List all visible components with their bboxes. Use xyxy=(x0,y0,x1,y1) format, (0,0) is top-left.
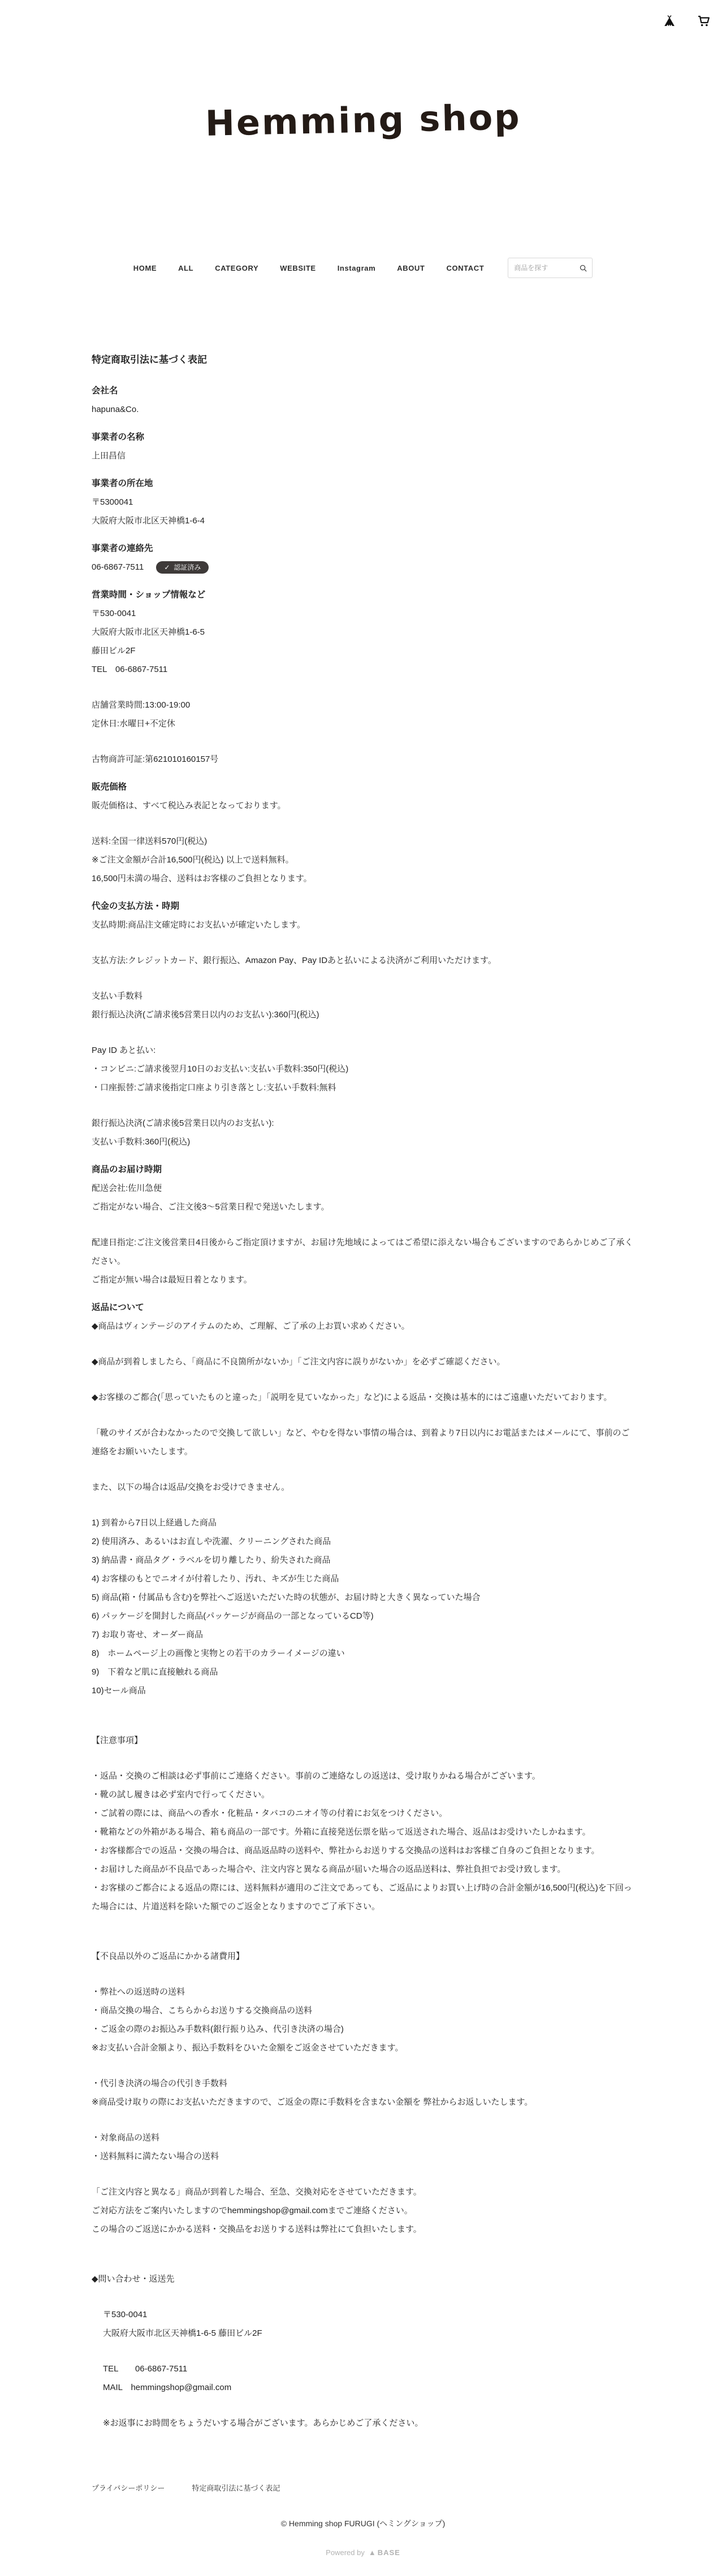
text-line: TEL 06-6867-7511 xyxy=(92,2360,634,2378)
spacer xyxy=(92,1024,634,1041)
text-line: ・弊社への返送時の送料 xyxy=(92,1983,634,2001)
text-line: 大阪府大阪市北区天神橋1-6-5 xyxy=(92,623,634,641)
text-line: hapuna&Co. xyxy=(92,400,634,419)
shop-icon[interactable] xyxy=(663,14,676,28)
spacer xyxy=(92,733,634,750)
section: 事業者の名称上田昌信 xyxy=(92,428,634,465)
text-line: 9) 下着など肌に直接触れる商品 xyxy=(92,1663,634,1681)
nav-item-instagram[interactable]: Instagram xyxy=(338,264,376,272)
text-line: ご対応方法をご案内いたしますのでhemmingshop@gmail.comまでご… xyxy=(92,2201,634,2220)
text-line: 6) パッケージを開封した商品(パッケージが商品の一部となっているCD等) xyxy=(92,1607,634,1625)
text-line: ※お支払い合計金額より、振込手数料をひいた金額をご返金させていただきます。 xyxy=(92,2039,634,2057)
legal-page: 特定商取引法に基づく表記 会社名hapuna&Co.事業者の名称上田昌信事業者の… xyxy=(92,350,634,2432)
spacer xyxy=(92,1371,634,1388)
text-line: 〒5300041 xyxy=(92,493,634,511)
text-line: 大阪府大阪市北区天神橋1-6-5 藤田ビル2F xyxy=(92,2324,634,2343)
text-line: 上田昌信 xyxy=(92,446,634,465)
text-line: 「靴のサイズが合わなかったので交換して欲しい」など、やむを得ない事情の場合は、到… xyxy=(92,1424,634,1461)
text-line: 配送会社:佐川急便 xyxy=(92,1179,634,1198)
nav-item-home[interactable]: HOME xyxy=(133,264,157,272)
text-line: ※ご注文金額が合計16,500円(税込) 以上で送料無料。 xyxy=(92,851,634,869)
text-line: TEL 06-6867-7511 xyxy=(92,660,634,679)
base-brand-label: BASE xyxy=(378,2548,400,2557)
spacer xyxy=(92,1407,634,1424)
text-line: 「ご注文内容と異なる」商品が到着した場合、至急、交換対応をさせていただきます。 xyxy=(92,2183,634,2201)
text-line: 10)セール商品 xyxy=(92,1681,634,1700)
text-line: ・お届けした商品が不良品であった場合や、注文内容と異なる商品が届いた場合の返品送… xyxy=(92,1860,634,1879)
text-line: 送料:全国一律送料570円(税込) xyxy=(92,832,634,851)
text-line: ・送料無料に満たない場合の送料 xyxy=(92,2147,634,2166)
text-line: 販売価格は、すべて税込み表記となっております。 xyxy=(92,796,634,815)
section: 〒530-0041大阪府大阪市北区天神橋1-6-5 藤田ビル2FTEL 06-6… xyxy=(92,2288,634,2432)
spacer xyxy=(92,2397,634,2414)
text-line: ・口座振替:ご請求後指定口座より引き落とし:支払い手数料:無料 xyxy=(92,1078,634,1097)
section: 代金の支払方法・時期支払時期:商品注文確定時にお支払いが確定いたします。支払方法… xyxy=(92,897,634,1151)
text-line: ◆お客様のご都合(「思っていたものと違った」「説明を見ていなかった」など)による… xyxy=(92,1388,634,1407)
text-line: ◆問い合わせ・返送先 xyxy=(92,2270,634,2288)
text-line: 大阪府大阪市北区天神橋1-6-4 xyxy=(92,511,634,530)
nav-item-category[interactable]: CATEGORY xyxy=(215,264,258,272)
text-line: 4) お客様のもとでニオイが付着したり、汚れ、キズが生じた商品 xyxy=(92,1569,634,1588)
section: 営業時間・ショップ情報など〒530-0041大阪府大阪市北区天神橋1-6-5藤田… xyxy=(92,586,634,769)
phone-number: 06-6867-7511 xyxy=(92,558,144,576)
text-line: また、以下の場合は返品/交換をお受けできません。 xyxy=(92,1478,634,1497)
text-line: 銀行振込決済(ご請求後5営業日以内のお支払い): xyxy=(92,1114,634,1133)
search-box[interactable] xyxy=(508,258,593,278)
spacer xyxy=(92,1461,634,1478)
topbar xyxy=(0,0,726,31)
text-line: 店舗営業時間:13:00-19:00 xyxy=(92,696,634,714)
text-line: 支払い手数料:360円(税込) xyxy=(92,1133,634,1151)
section: 事業者の連絡先06-6867-7511✓認証済み xyxy=(92,539,634,576)
text-line: 配達日指定:ご注文後営業日4日後からご指定頂けますが、お届け先地域によってはご希… xyxy=(92,1233,634,1270)
text-line: 7) お取り寄せ、オーダー商品 xyxy=(92,1625,634,1644)
text-line: この場合のご返送にかかる送料・交換品をお送りする送料は弊社にて負担いたします。 xyxy=(92,2220,634,2239)
search-input[interactable] xyxy=(513,263,579,272)
text-line: ・ご返金の際のお振込み手数料(銀行振り込み、代引き決済の場合) xyxy=(92,2020,634,2039)
spacer xyxy=(92,1750,634,1767)
text-line: ・靴箱などの外箱がある場合、箱も商品の一部です。外箱に直接発送伝票を貼って返送さ… xyxy=(92,1823,634,1841)
text-line: Pay ID あと払い: xyxy=(92,1041,634,1060)
phone-row: 06-6867-7511✓認証済み xyxy=(92,558,634,576)
verified-badge-label: 認証済み xyxy=(174,564,201,571)
text-line: 5) 商品(箱・付属品も含む)を弊社へご返送いただいた時の状態が、お届け時と大き… xyxy=(92,1588,634,1607)
text-line: 支払時期:商品注文確定時にお支払いが確定いたします。 xyxy=(92,916,634,934)
verified-badge: ✓認証済み xyxy=(156,561,209,574)
section-heading: 事業者の連絡先 xyxy=(92,539,634,558)
text-line: 古物商許可証:第621010160157号 xyxy=(92,750,634,769)
text-line: ※お返事にお時間をちょうだいする場合がございます。あらかじめご了承ください。 xyxy=(92,2414,634,2432)
section-heading: 事業者の名称 xyxy=(92,428,634,446)
text-line: 定休日:水曜日+不定休 xyxy=(92,714,634,733)
spacer xyxy=(92,1497,634,1513)
text-line: ・コンビニ:ご請求後翌月10日のお支払い:支払い手数料:350円(税込) xyxy=(92,1060,634,1078)
text-line: 〒530-0041 xyxy=(92,604,634,623)
text-line: 【不良品以外のご返品にかかる諸費用】 xyxy=(92,1947,634,1966)
spacer xyxy=(92,1097,634,1114)
spacer xyxy=(92,2288,634,2305)
section: 返品について◆商品はヴィンテージのアイテムのため、ご理解、ご了承の上お買い求めく… xyxy=(92,1298,634,1700)
text-line: ・ご試着の際には、商品への香水・化粧品・タバコのニオイ等の付着にお気をつけくださ… xyxy=(92,1804,634,1823)
check-icon: ✓ xyxy=(164,564,170,571)
text-line: ・お客様都合での返品・交換の場合は、商品返品時の送料や、弊社からお送りする交換品… xyxy=(92,1841,634,1860)
powered-by[interactable]: Powered by ▲ BASE xyxy=(0,2548,726,2557)
main-nav: HOMEALLCATEGORYWEBSITEInstagramABOUTCONT… xyxy=(0,258,726,278)
section: 【不良品以外のご返品にかかる諸費用】・弊社への返送時の送料・商品交換の場合、こち… xyxy=(92,1947,634,2239)
footer-link[interactable]: 特定商取引法に基づく表記 xyxy=(192,2482,280,2493)
section-heading: 返品について xyxy=(92,1298,634,1317)
text-line: MAIL hemmingshop@gmail.com xyxy=(92,2378,634,2397)
spacer xyxy=(92,970,634,987)
text-line: ・靴の試し履きは必ず室内で行ってください。 xyxy=(92,1785,634,1804)
section-heading: 代金の支払方法・時期 xyxy=(92,897,634,916)
search-icon[interactable] xyxy=(579,264,587,272)
text-line: 銀行振込決済(ご請求後5営業日以内のお支払い):360円(税込) xyxy=(92,1005,634,1024)
text-line: 【注意事項】 xyxy=(92,1731,634,1750)
spacer xyxy=(92,2057,634,2074)
section-heading: 販売価格 xyxy=(92,778,634,796)
section: 会社名hapuna&Co. xyxy=(92,381,634,419)
base-logo-icon: ▲ xyxy=(369,2549,377,2556)
spacer xyxy=(92,2166,634,2183)
nav-item-website[interactable]: WEBSITE xyxy=(280,264,316,272)
footer-link[interactable]: プライバシーポリシー xyxy=(92,2482,165,2493)
text-line: 〒530-0041 xyxy=(92,2305,634,2324)
text-line: ◆商品が到着しましたら、「商品に不良箇所がないか」「ご注文内容に誤りがないか」を… xyxy=(92,1352,634,1371)
text-line: 1) 到着から7日以上経過した商品 xyxy=(92,1513,634,1532)
text-line: ・対象商品の送料 xyxy=(92,2128,634,2147)
section: 商品のお届け時期配送会社:佐川急便ご指定がない場合、ご注文後3〜5営業日程で発送… xyxy=(92,1160,634,1289)
text-line: ・お客様のご都合による返品の際には、送料無料が適用のご注文であっても、ご返品によ… xyxy=(92,1879,634,1916)
text-line: 8) ホームページ上の画像と実物との若干のカラーイメージの違い xyxy=(92,1644,634,1663)
section-heading: 商品のお届け時期 xyxy=(92,1160,634,1179)
spacer xyxy=(92,934,634,951)
spacer xyxy=(92,1335,634,1352)
cart-icon[interactable] xyxy=(697,14,710,28)
nav-item-contact[interactable]: CONTACT xyxy=(446,264,484,272)
nav-item-all[interactable]: ALL xyxy=(178,264,193,272)
copyright: © Hemming shop FURUGI (ヘミングショップ) xyxy=(0,2518,726,2529)
footer: プライバシーポリシー特定商取引法に基づく表記 © Hemming shop FU… xyxy=(0,2432,726,2576)
text-line: 藤田ビル2F xyxy=(92,641,634,660)
section-heading: 事業者の所在地 xyxy=(92,474,634,493)
spacer xyxy=(92,815,634,832)
spacer xyxy=(92,679,634,696)
footer-links: プライバシーポリシー特定商取引法に基づく表記 xyxy=(92,2482,634,2493)
text-line: ◆商品はヴィンテージのアイテムのため、ご理解、ご了承の上お買い求めください。 xyxy=(92,1317,634,1335)
section: ◆問い合わせ・返送先 xyxy=(92,2270,634,2288)
section: 販売価格販売価格は、すべて税込み表記となっております。送料:全国一律送料570円… xyxy=(92,778,634,888)
section-heading: 会社名 xyxy=(92,381,634,400)
section-heading: 営業時間・ショップ情報など xyxy=(92,586,634,604)
text-line: ・商品交換の場合、こちらからお送りする交換商品の送料 xyxy=(92,2001,634,2020)
sections-container: 会社名hapuna&Co.事業者の名称上田昌信事業者の所在地〒5300041大阪… xyxy=(92,381,634,2432)
text-line: 支払い手数料 xyxy=(92,987,634,1005)
spacer xyxy=(92,2111,634,2128)
page-title: 特定商取引法に基づく表記 xyxy=(92,350,634,369)
spacer xyxy=(92,1966,634,1983)
section: 【注意事項】・返品・交換のご相談は必ず事前にご連絡ください。事前のご連絡なしの返… xyxy=(92,1731,634,1916)
text-line: ・返品・交換のご相談は必ず事前にご連絡ください。事前のご連絡なしの返送は、受け取… xyxy=(92,1767,634,1785)
text-line: ご指定がない場合、ご注文後3〜5営業日程で発送いたします。 xyxy=(92,1198,634,1216)
shop-logo[interactable]: Hemming shop xyxy=(205,99,521,141)
text-line: ご指定が無い場合は最短日着となります。 xyxy=(92,1270,634,1289)
text-line: 2) 使用済み、あるいはお直しや洗濯、クリーニングされた商品 xyxy=(92,1532,634,1551)
text-line: 16,500円未満の場合、送料はお客様のご負担となります。 xyxy=(92,869,634,888)
text-line: 3) 納品書・商品タグ・ラベルを切り離したり、紛失された商品 xyxy=(92,1551,634,1569)
powered-by-label: Powered by xyxy=(326,2548,365,2557)
logo-area: Hemming shop xyxy=(0,103,726,138)
text-line: ・代引き決済の場合の代引き手数料 xyxy=(92,2074,634,2093)
section: 事業者の所在地〒5300041大阪府大阪市北区天神橋1-6-4 xyxy=(92,474,634,530)
spacer xyxy=(92,2343,634,2360)
text-line: ※商品受け取りの際にお支払いただきますので、ご返金の際に手数料を含まない金額を … xyxy=(92,2093,634,2111)
nav-item-about[interactable]: ABOUT xyxy=(397,264,425,272)
text-line: 支払方法:クレジットカード、銀行振込、Amazon Pay、Pay IDあと払い… xyxy=(92,951,634,970)
spacer xyxy=(92,1216,634,1233)
